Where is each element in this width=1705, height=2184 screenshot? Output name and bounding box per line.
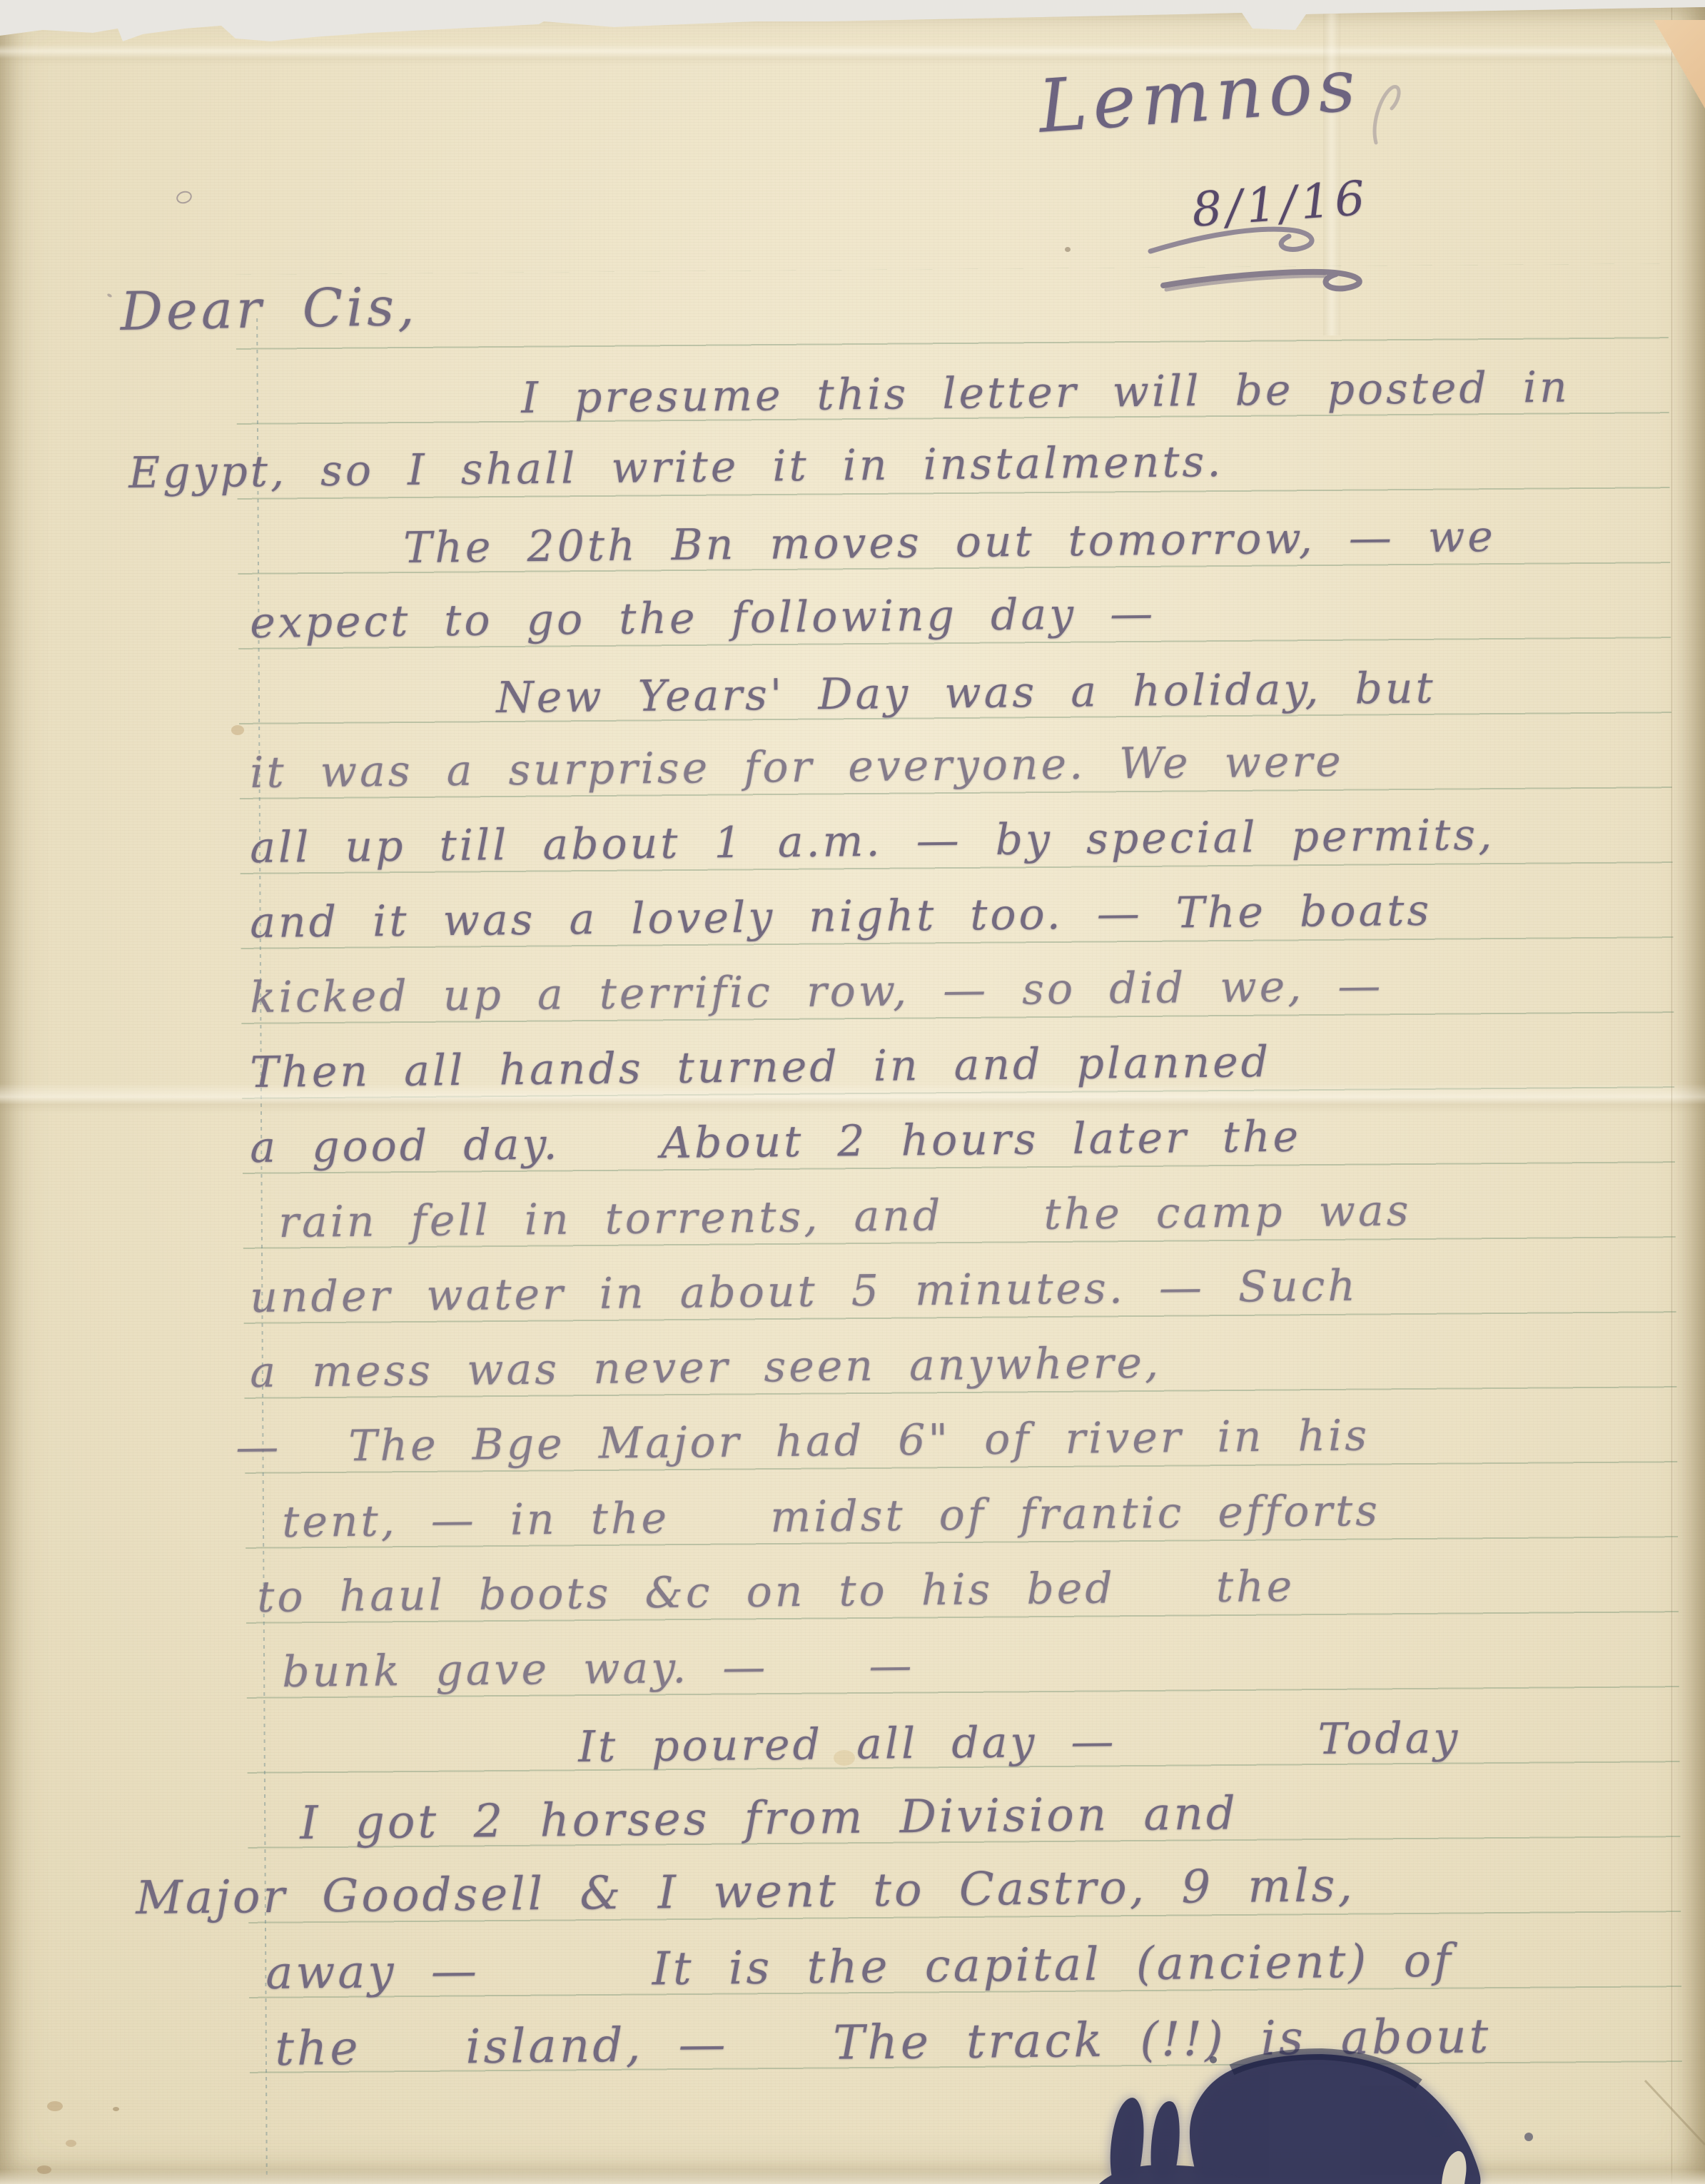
letter-line: the island, — The track (!!) is about [275, 2013, 1491, 2073]
page-bottom-edge [0, 2170, 1705, 2184]
letter-line: The 20th Bn moves out tomorrow, — we [403, 515, 1496, 570]
letter-line: New Years' Day was a holiday, but [496, 667, 1436, 719]
letter-line: Then all hands turned in and planned [250, 1041, 1271, 1094]
letter-line: to haul boots &c on to his bed the [257, 1565, 1295, 1619]
letter-line: It poured all day — Today [578, 1717, 1461, 1769]
letter-date: 8/1/16 [1190, 175, 1370, 234]
letter-line: — The Bge Major had 6" of river in his [236, 1414, 1370, 1469]
letter-place: Lemnos [1036, 49, 1363, 143]
letter-line: kicked up a terrific row, — so did we, — [250, 964, 1384, 1019]
pencil-speck-mark [106, 293, 112, 298]
letter-line: rain fell in torrents, and the camp was [278, 1189, 1412, 1244]
letter-line: I got 2 horses from Division and [300, 1791, 1238, 1846]
scanned-letter-screenshot: { "letter": { "place": "Lemnos", "date":… [0, 0, 1705, 2184]
letter-line: Egypt, so I shall write it in instalment… [128, 440, 1224, 495]
page-right-edge [1671, 0, 1705, 2184]
age-spot [66, 2140, 76, 2147]
letter-line: expect to go the following day — [250, 592, 1156, 644]
age-spot [47, 2101, 63, 2111]
age-spot [1065, 247, 1071, 252]
pencil-squiggle-mark [1375, 87, 1399, 143]
ink-blot [1099, 2054, 1533, 2184]
pencil-ring-mark [175, 189, 193, 206]
letter-line: Major Goodsell & I went to Castro, 9 mls… [136, 1863, 1355, 1921]
age-spot [113, 2107, 119, 2111]
letter-line: bunk gave way. — — [282, 1644, 915, 1694]
letter-paper: Lemnos 8/1/16 Dear Cis, I presume this l… [0, 0, 1705, 2184]
letter-line: away — It is the capital (ancient) of [265, 1938, 1454, 1996]
letter-salutation: Dear Cis, [120, 280, 418, 338]
letter-line: under water in about 5 minutes. — Such [250, 1265, 1358, 1319]
letter-line: all up till about 1 a.m. — by special pe… [250, 814, 1495, 869]
letter-line: tent, — in the midst of frantic efforts [282, 1490, 1380, 1544]
letter-line: I presume this letter will be posted in [521, 366, 1570, 420]
letter-line: and it was a lovely night too. — The boa… [250, 889, 1432, 944]
letter-line: it was a surprise for everyone. We were [250, 740, 1344, 794]
letter-line: a mess was never seen anywhere, [250, 1342, 1161, 1394]
letter-line: a good day. About 2 hours later the [250, 1116, 1301, 1169]
paper-crease-horizontal-top [0, 44, 1705, 66]
